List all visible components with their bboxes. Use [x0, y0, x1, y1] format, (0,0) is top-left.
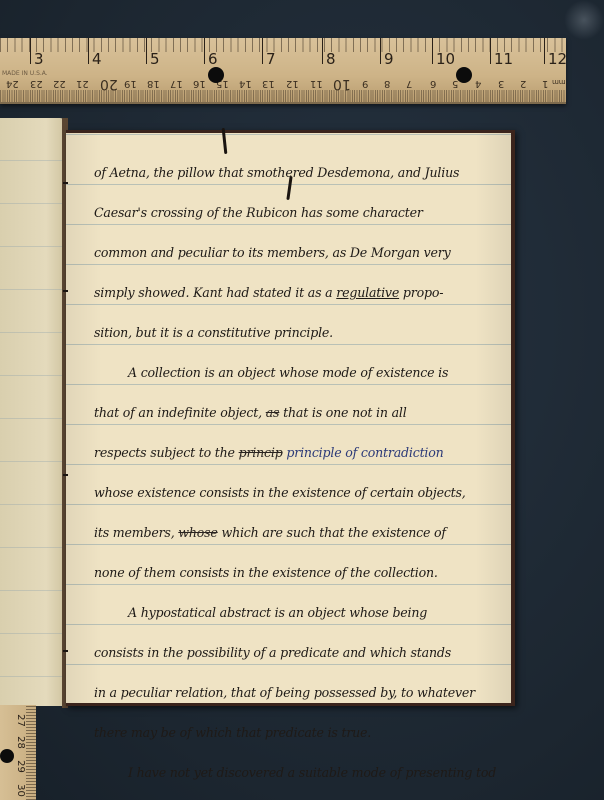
cm-label: 30 — [15, 784, 26, 797]
manuscript-line-13: consists in the possibility of a predica… — [94, 633, 504, 673]
manuscript-line-7: that of an indefinite object, as that is… — [94, 393, 504, 433]
manuscript-line-8: respects subject to the princip principl… — [94, 433, 504, 473]
manuscript-line-15: there may be of which that predicate is … — [94, 713, 504, 753]
ruler-hole — [456, 67, 472, 83]
mm-ticks — [0, 90, 566, 102]
inch-label: 9 — [384, 50, 394, 68]
cm-label: 22 — [53, 78, 66, 89]
line-text: simply showed. Kant had stated it as a — [94, 285, 336, 300]
cm-label: 19 — [124, 78, 137, 89]
inch-label: 10 — [436, 50, 455, 68]
ruler-hole — [208, 67, 224, 83]
cm-label: 9 — [362, 78, 368, 89]
left-facing-page — [0, 118, 66, 706]
struck-word: whose — [178, 525, 217, 540]
manuscript-text: of Aetna, the pillow that smothered Desd… — [94, 153, 504, 793]
measuring-ruler-top: MADE IN U.S.A. 3 4 5 6 7 8 9 10 11 12 24… — [0, 38, 566, 104]
cm-label: 27 — [15, 714, 26, 727]
cm-label: 11 — [310, 78, 323, 89]
mm-ticks — [26, 705, 36, 800]
manuscript-line-3: common and peculiar to its members, as D… — [94, 233, 504, 273]
inch-label: 8 — [326, 50, 336, 68]
unit-label: mm — [552, 78, 566, 86]
margin-tick-mark — [63, 650, 68, 652]
struck-word: as — [266, 405, 280, 420]
struck-word: princip — [239, 445, 283, 460]
inch-label: 3 — [34, 50, 44, 68]
inch-label: 7 — [266, 50, 276, 68]
inch-ticks — [0, 38, 566, 52]
line-text: that is one not in all — [279, 405, 406, 420]
manuscript-line-10: its members, whose which are such that t… — [94, 513, 504, 553]
cm-label: 7 — [406, 78, 412, 89]
margin-tick-mark — [63, 182, 68, 184]
cm-label: 8 — [384, 78, 390, 89]
cm-label: 14 — [239, 78, 252, 89]
underlined-word: regulative — [336, 285, 399, 300]
cm-label: 16 — [193, 78, 206, 89]
cm-label: 4 — [475, 78, 481, 89]
line-text: that of an indefinite object, — [94, 405, 266, 420]
inch-label: 6 — [208, 50, 218, 68]
measuring-ruler-left: 27 28 29 30 — [0, 705, 36, 800]
inch-label: 11 — [494, 50, 513, 68]
cm-label: 18 — [147, 78, 160, 89]
manuscript-line-2: Caesar's crossing of the Rubicon has som… — [94, 193, 504, 233]
background-scuff — [564, 0, 604, 40]
manuscript-line-6: A collection is an object whose mode of … — [94, 353, 504, 393]
cm-label: 24 — [6, 78, 19, 89]
cm-label: 28 — [15, 736, 26, 749]
manuscript-line-9: whose existence consists in the existenc… — [94, 473, 504, 513]
cm-label: 12 — [286, 78, 299, 89]
margin-tick-mark — [63, 290, 68, 292]
ruler-maker-text: MADE IN U.S.A. — [2, 70, 48, 77]
manuscript-page: of Aetna, the pillow that smothered Desd… — [66, 130, 515, 706]
cm-label: 2 — [520, 78, 526, 89]
manuscript-line-1: of Aetna, the pillow that smothered Desd… — [94, 153, 504, 193]
inch-label: 5 — [150, 50, 160, 68]
margin-tick-mark — [63, 474, 68, 476]
cm-label: 10 — [333, 76, 351, 92]
manuscript-line-14: in a peculiar relation, that of being po… — [94, 673, 504, 713]
manuscript-line-11: none of them consists in the existence o… — [94, 553, 504, 593]
line-text: which are such that the existence of — [218, 525, 446, 540]
manuscript-line-5: sition, but it is a constitutive princip… — [94, 313, 504, 353]
inch-label: 12 — [548, 50, 567, 68]
manuscript-line-16: I have not yet discovered a suitable mod… — [94, 753, 504, 793]
manuscript-line-4: simply showed. Kant had stated it as a r… — [94, 273, 504, 313]
ruler-hole — [0, 749, 14, 763]
cm-label: 20 — [100, 76, 118, 92]
cm-label: 1 — [542, 78, 548, 89]
cm-label: 13 — [262, 78, 275, 89]
cm-label: 17 — [170, 78, 183, 89]
line-text: respects subject to the — [94, 445, 239, 460]
blue-ink-insertion: principle of contradiction — [283, 445, 444, 460]
cm-label: 6 — [430, 78, 436, 89]
cm-label: 23 — [30, 78, 43, 89]
cm-label: 21 — [76, 78, 89, 89]
line-text: its members, — [94, 525, 178, 540]
cm-label: 29 — [15, 760, 26, 773]
cm-label: 3 — [498, 78, 504, 89]
inch-label: 4 — [92, 50, 102, 68]
manuscript-line-12: A hypostatical abstract is an object who… — [94, 593, 504, 633]
line-text: propo- — [399, 285, 443, 300]
